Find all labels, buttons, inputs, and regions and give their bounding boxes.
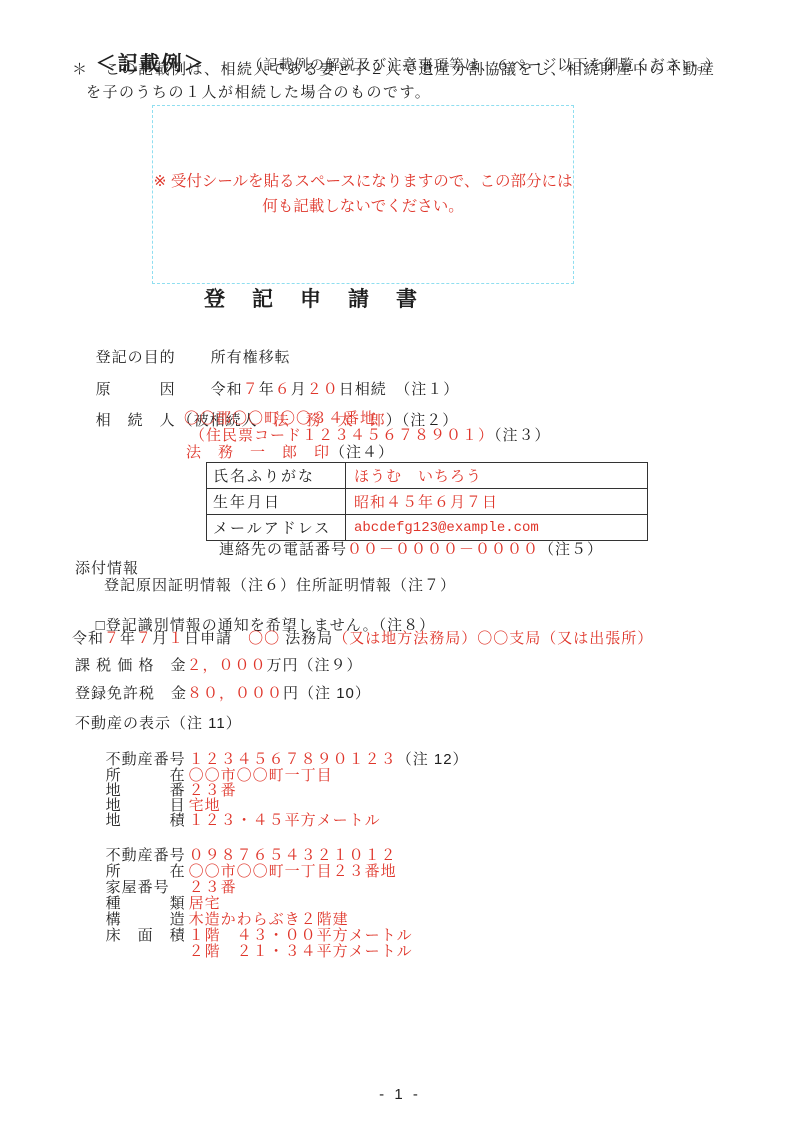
license-tax-line: 登録免許税 金８０，０００円（注 10） [75,685,371,704]
row-label: メールアドレス [207,515,346,540]
document-page: ＜記載例＞（記載例の解説及び注意事項等は、６ページ以下を御覧ください。） ＊ こ… [0,0,800,1131]
attachments-line: 登記原因証明情報（注６）住所証明情報（注７） [104,577,456,596]
seal-note-line2: 何も記載しないでください。 [262,195,464,220]
example-description-line1: ＊ この記載例は、相続人である妻と子２人で遺産分割協議をし、相続財産中の不動産 [72,61,716,80]
property-section-heading: 不動産の表示（注 11） [75,715,242,734]
row-value: 昭和４５年６月７日 [346,491,647,512]
document-title: 登 記 申 請 書 [204,283,420,313]
application-date-line: 令和７年７月１日申請 〇〇 法務局（又は地方法務局）〇〇支局（又は出張所） [72,630,653,649]
tax-price-line: 課 税 価 格 金２，０００万円（注９） [75,657,363,676]
example-description-line2: を子のうちの１人が相続した場合のものです。 [86,84,431,103]
attachments-heading: 添付情報 [75,560,139,579]
heir-address-line: 〇〇郡〇〇町〇〇３４番地 [184,410,376,429]
table-row-furigana: 氏名ふりがな ほうむ いちろう [207,463,647,488]
row-value: ほうむ いちろう [346,465,647,486]
phone-line: 連絡先の電話番号００－００００－００００（注５） [219,541,603,560]
page-number: - 1 - [0,1086,800,1103]
property-value: １２３・４５平方メートル [189,812,381,829]
row-label: 生年月日 [207,489,346,514]
heir-name-line: 法 務 一 郎 印（注４） [186,444,394,463]
property-value: ２階 ２１・３４平方メートル [189,943,413,960]
resident-code-line: （住民票コード１２３４５６７８９０１）（注３） [190,427,551,446]
table-row-email: メールアドレス abcdefg123@example.com [207,514,647,540]
property2-row-floor-area-2: ２階 ２１・３４平方メートル [85,924,413,980]
field-label-heir: 相 続 人 [96,412,178,431]
seal-note-line1: ※ 受付シールを貼るスペースになりますので、この部分には [154,170,573,195]
row-value-email: abcdefg123@example.com [346,520,647,536]
table-row-birthdate: 生年月日 昭和４５年６月７日 [207,488,647,514]
receipt-seal-box: ※ 受付シールを貼るスペースになりますので、この部分には 何も記載しないでくださ… [152,105,574,284]
contact-table: 氏名ふりがな ほうむ いちろう 生年月日 昭和４５年６月７日 メールアドレス a… [206,462,648,541]
row-label: 氏名ふりがな [207,463,346,488]
